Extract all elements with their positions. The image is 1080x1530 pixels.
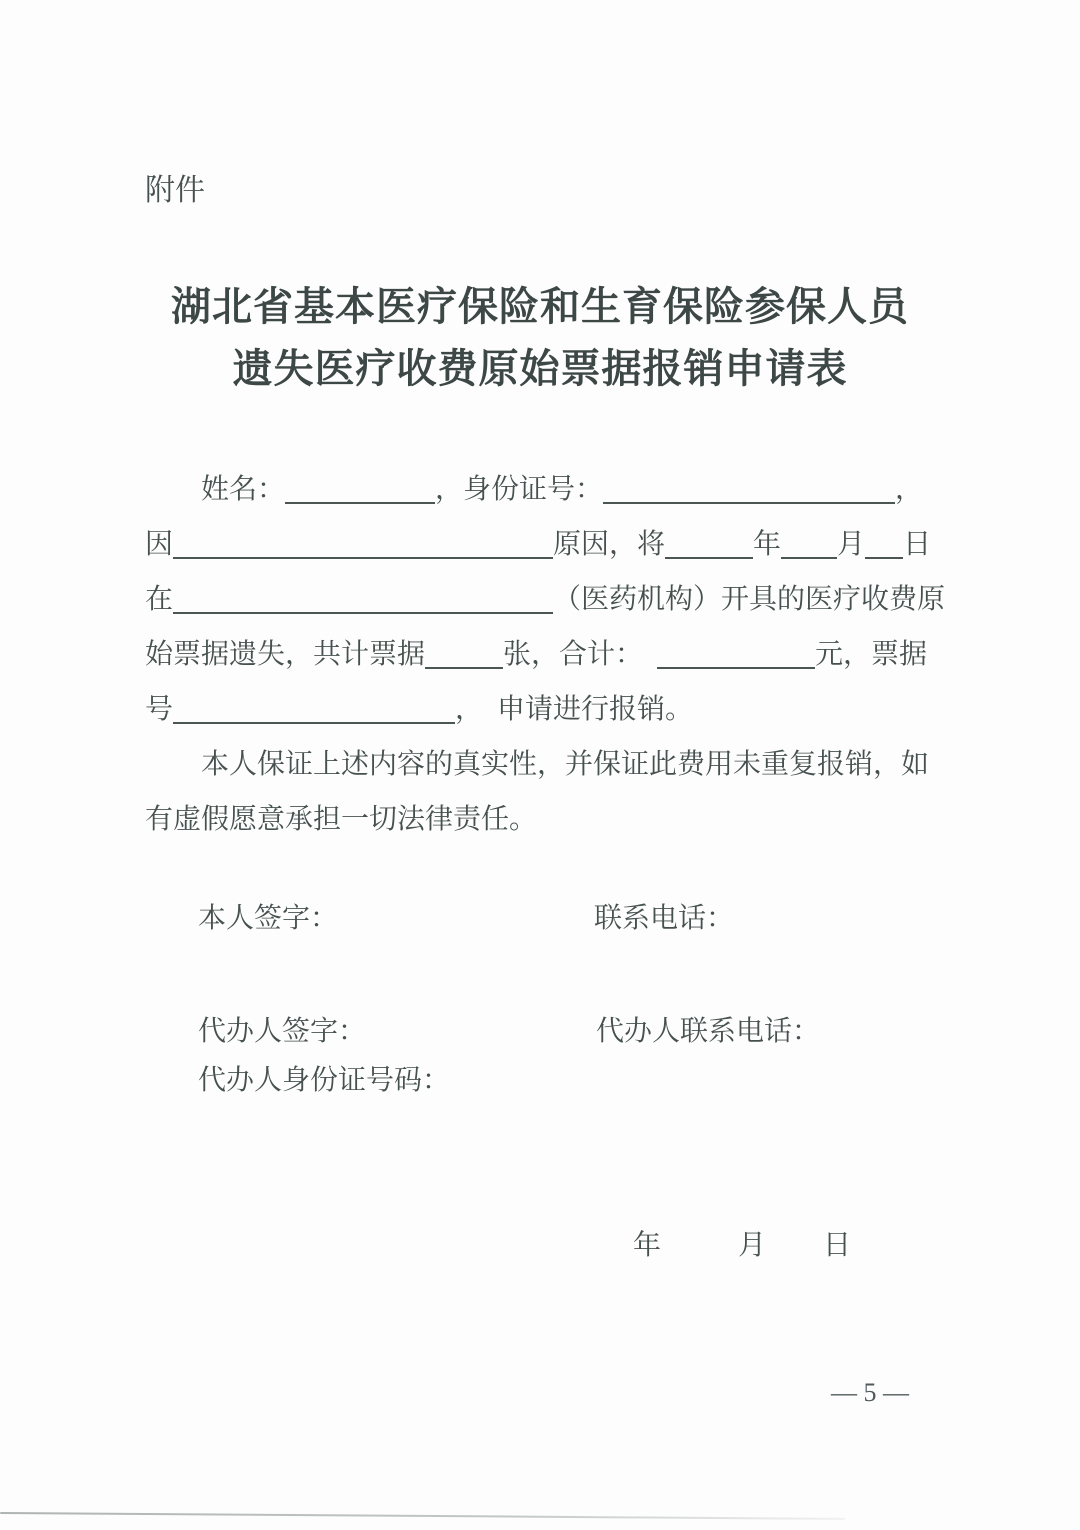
count-suffix-label: 张，合计：	[503, 639, 643, 670]
month-blank-field	[781, 529, 837, 559]
agent-contact-phone-label: 代办人联系电话：	[596, 1016, 820, 1048]
invoice-count-blank-field	[425, 639, 503, 669]
invoice-number-blank-field	[173, 694, 455, 724]
total-amount-blank-field	[657, 639, 815, 669]
form-line-count-amount: 始票据遗失，共计票据张，合计：元，票据	[145, 627, 955, 682]
id-number-label: ，身份证号：	[435, 474, 603, 505]
form-line-reason-date: 因原因，将年月日	[145, 517, 955, 572]
name-label: 姓名：	[201, 474, 285, 505]
name-blank-field	[285, 474, 435, 504]
because-label: 因	[145, 529, 173, 560]
form-line-invoice-number: 号，申请进行报销。	[145, 682, 955, 737]
line4-prefix-label: 始票据遗失，共计票据	[145, 639, 425, 670]
form-body: 姓名：，身份证号：， 因原因，将年月日 在（医药机构）开具的医疗收费原 始票据遗…	[145, 462, 955, 847]
document-title-line1: 湖北省基本医疗保险和生育保险参保人员	[0, 276, 1080, 338]
institution-suffix-label: （医药机构）开具的医疗收费原	[553, 584, 945, 615]
day-label: 日	[903, 529, 931, 560]
amount-suffix-label: 元，票据	[815, 639, 927, 670]
institution-blank-field	[173, 584, 553, 614]
attachment-label: 附件	[145, 174, 205, 208]
contact-phone-label: 联系电话：	[594, 903, 734, 935]
date-year-label: 年	[633, 1230, 661, 1261]
page-number: — 5 —	[810, 1378, 930, 1408]
id-number-blank-field	[603, 474, 895, 504]
line5-suffix-label: 申请进行报销。	[497, 694, 693, 725]
scan-artifact-line	[0, 1512, 845, 1520]
day-blank-field	[865, 529, 903, 559]
self-signature-label: 本人签字：	[198, 903, 338, 935]
agent-id-number-label: 代办人身份证号码：	[198, 1065, 450, 1097]
form-line-name-id: 姓名：，身份证号：，	[145, 462, 955, 517]
line5-comma: ，	[455, 694, 483, 725]
form-line-institution: 在（医药机构）开具的医疗收费原	[145, 572, 955, 627]
month-label: 月	[837, 529, 865, 560]
year-blank-field	[665, 529, 753, 559]
pledge-line-2: 有虚假愿意承担一切法律责任。	[145, 792, 955, 847]
at-label: 在	[145, 584, 173, 615]
scanned-document-page: 附件 湖北省基本医疗保险和生育保险参保人员 遗失医疗收费原始票据报销申请表 姓名…	[0, 0, 1080, 1530]
year-label: 年	[753, 529, 781, 560]
pledge-line-1: 本人保证上述内容的真实性，并保证此费用未重复报销，如	[145, 737, 955, 792]
document-title: 湖北省基本医疗保险和生育保险参保人员 遗失医疗收费原始票据报销申请表	[0, 276, 1080, 400]
line1-end-comma: ，	[895, 474, 923, 505]
number-prefix-label: 号	[145, 694, 173, 725]
date-month-label: 月	[738, 1230, 766, 1261]
agent-signature-label: 代办人签字：	[198, 1016, 366, 1048]
date-line: 年月日	[633, 1230, 851, 1262]
document-title-line2: 遗失医疗收费原始票据报销申请表	[0, 338, 1080, 400]
date-day-label: 日	[823, 1230, 851, 1261]
reason-blank-field	[173, 529, 553, 559]
reason-suffix-label: 原因，将	[553, 529, 665, 560]
